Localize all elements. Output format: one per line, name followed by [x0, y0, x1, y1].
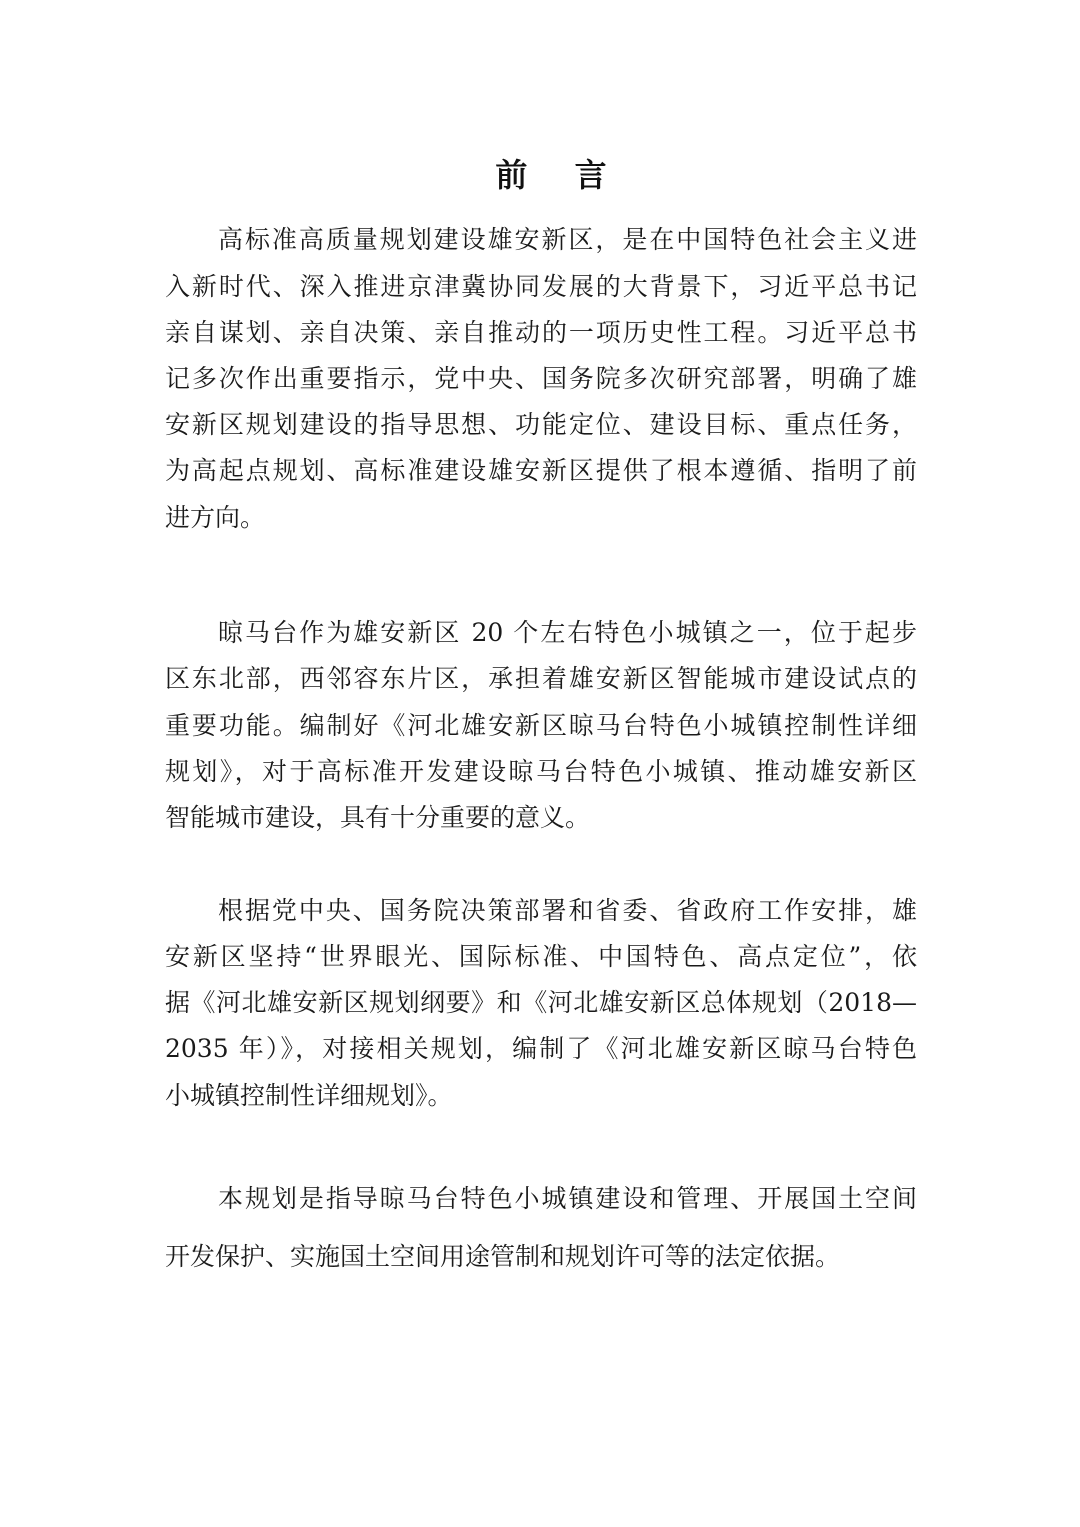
paragraph-line: 规划》，对于高标准开发建设晾马台特色小城镇、推动雄安新区	[165, 757, 917, 787]
paragraph-line: 亲自谋划、亲自决策、亲自推动的一项历史性工程。习近平总书	[165, 318, 917, 348]
paragraph-line: 据《河北雄安新区规划纲要》和《河北雄安新区总体规划（2018—	[165, 988, 917, 1018]
paragraph-line: 小城镇控制性详细规划》。	[165, 1081, 917, 1111]
document-page: 前 言 高标准高质量规划建设雄安新区，是在中国特色社会主义进 入新时代、深入推进…	[0, 0, 1080, 1527]
paragraph-line: 记多次作出重要指示，党中央、国务院多次研究部署，明确了雄	[165, 364, 917, 394]
paragraph-line: 安新区坚持“世界眼光、国际标准、中国特色、高点定位”，依	[165, 942, 917, 972]
paragraph-line: 2035 年）》，对接相关规划，编制了《河北雄安新区晾马台特色	[165, 1034, 917, 1064]
page-title: 前 言	[0, 150, 1080, 196]
paragraph-line: 为高起点规划、高标准建设雄安新区提供了根本遵循、指明了前	[165, 456, 917, 486]
paragraph-line: 智能城市建设，具有十分重要的意义。	[165, 803, 917, 833]
paragraph-line: 安新区规划建设的指导思想、功能定位、建设目标、重点任务，	[165, 410, 917, 440]
paragraph-line: 高标准高质量规划建设雄安新区，是在中国特色社会主义进	[218, 225, 917, 255]
paragraph-line: 重要功能。编制好《河北雄安新区晾马台特色小城镇控制性详细	[165, 711, 917, 741]
paragraph-line: 本规划是指导晾马台特色小城镇建设和管理、开展国土空间	[218, 1184, 917, 1214]
paragraph-line: 开发保护、实施国土空间用途管制和规划许可等的法定依据。	[165, 1242, 917, 1272]
paragraph-line: 入新时代、深入推进京津冀协同发展的大背景下，习近平总书记	[165, 272, 917, 302]
paragraph-line: 晾马台作为雄安新区 20 个左右特色小城镇之一，位于起步	[218, 618, 917, 648]
paragraph-line: 进方向。	[165, 503, 917, 533]
paragraph-line: 区东北部，西邻容东片区，承担着雄安新区智能城市建设试点的	[165, 664, 917, 694]
paragraph-line: 根据党中央、国务院决策部署和省委、省政府工作安排，雄	[218, 896, 917, 926]
